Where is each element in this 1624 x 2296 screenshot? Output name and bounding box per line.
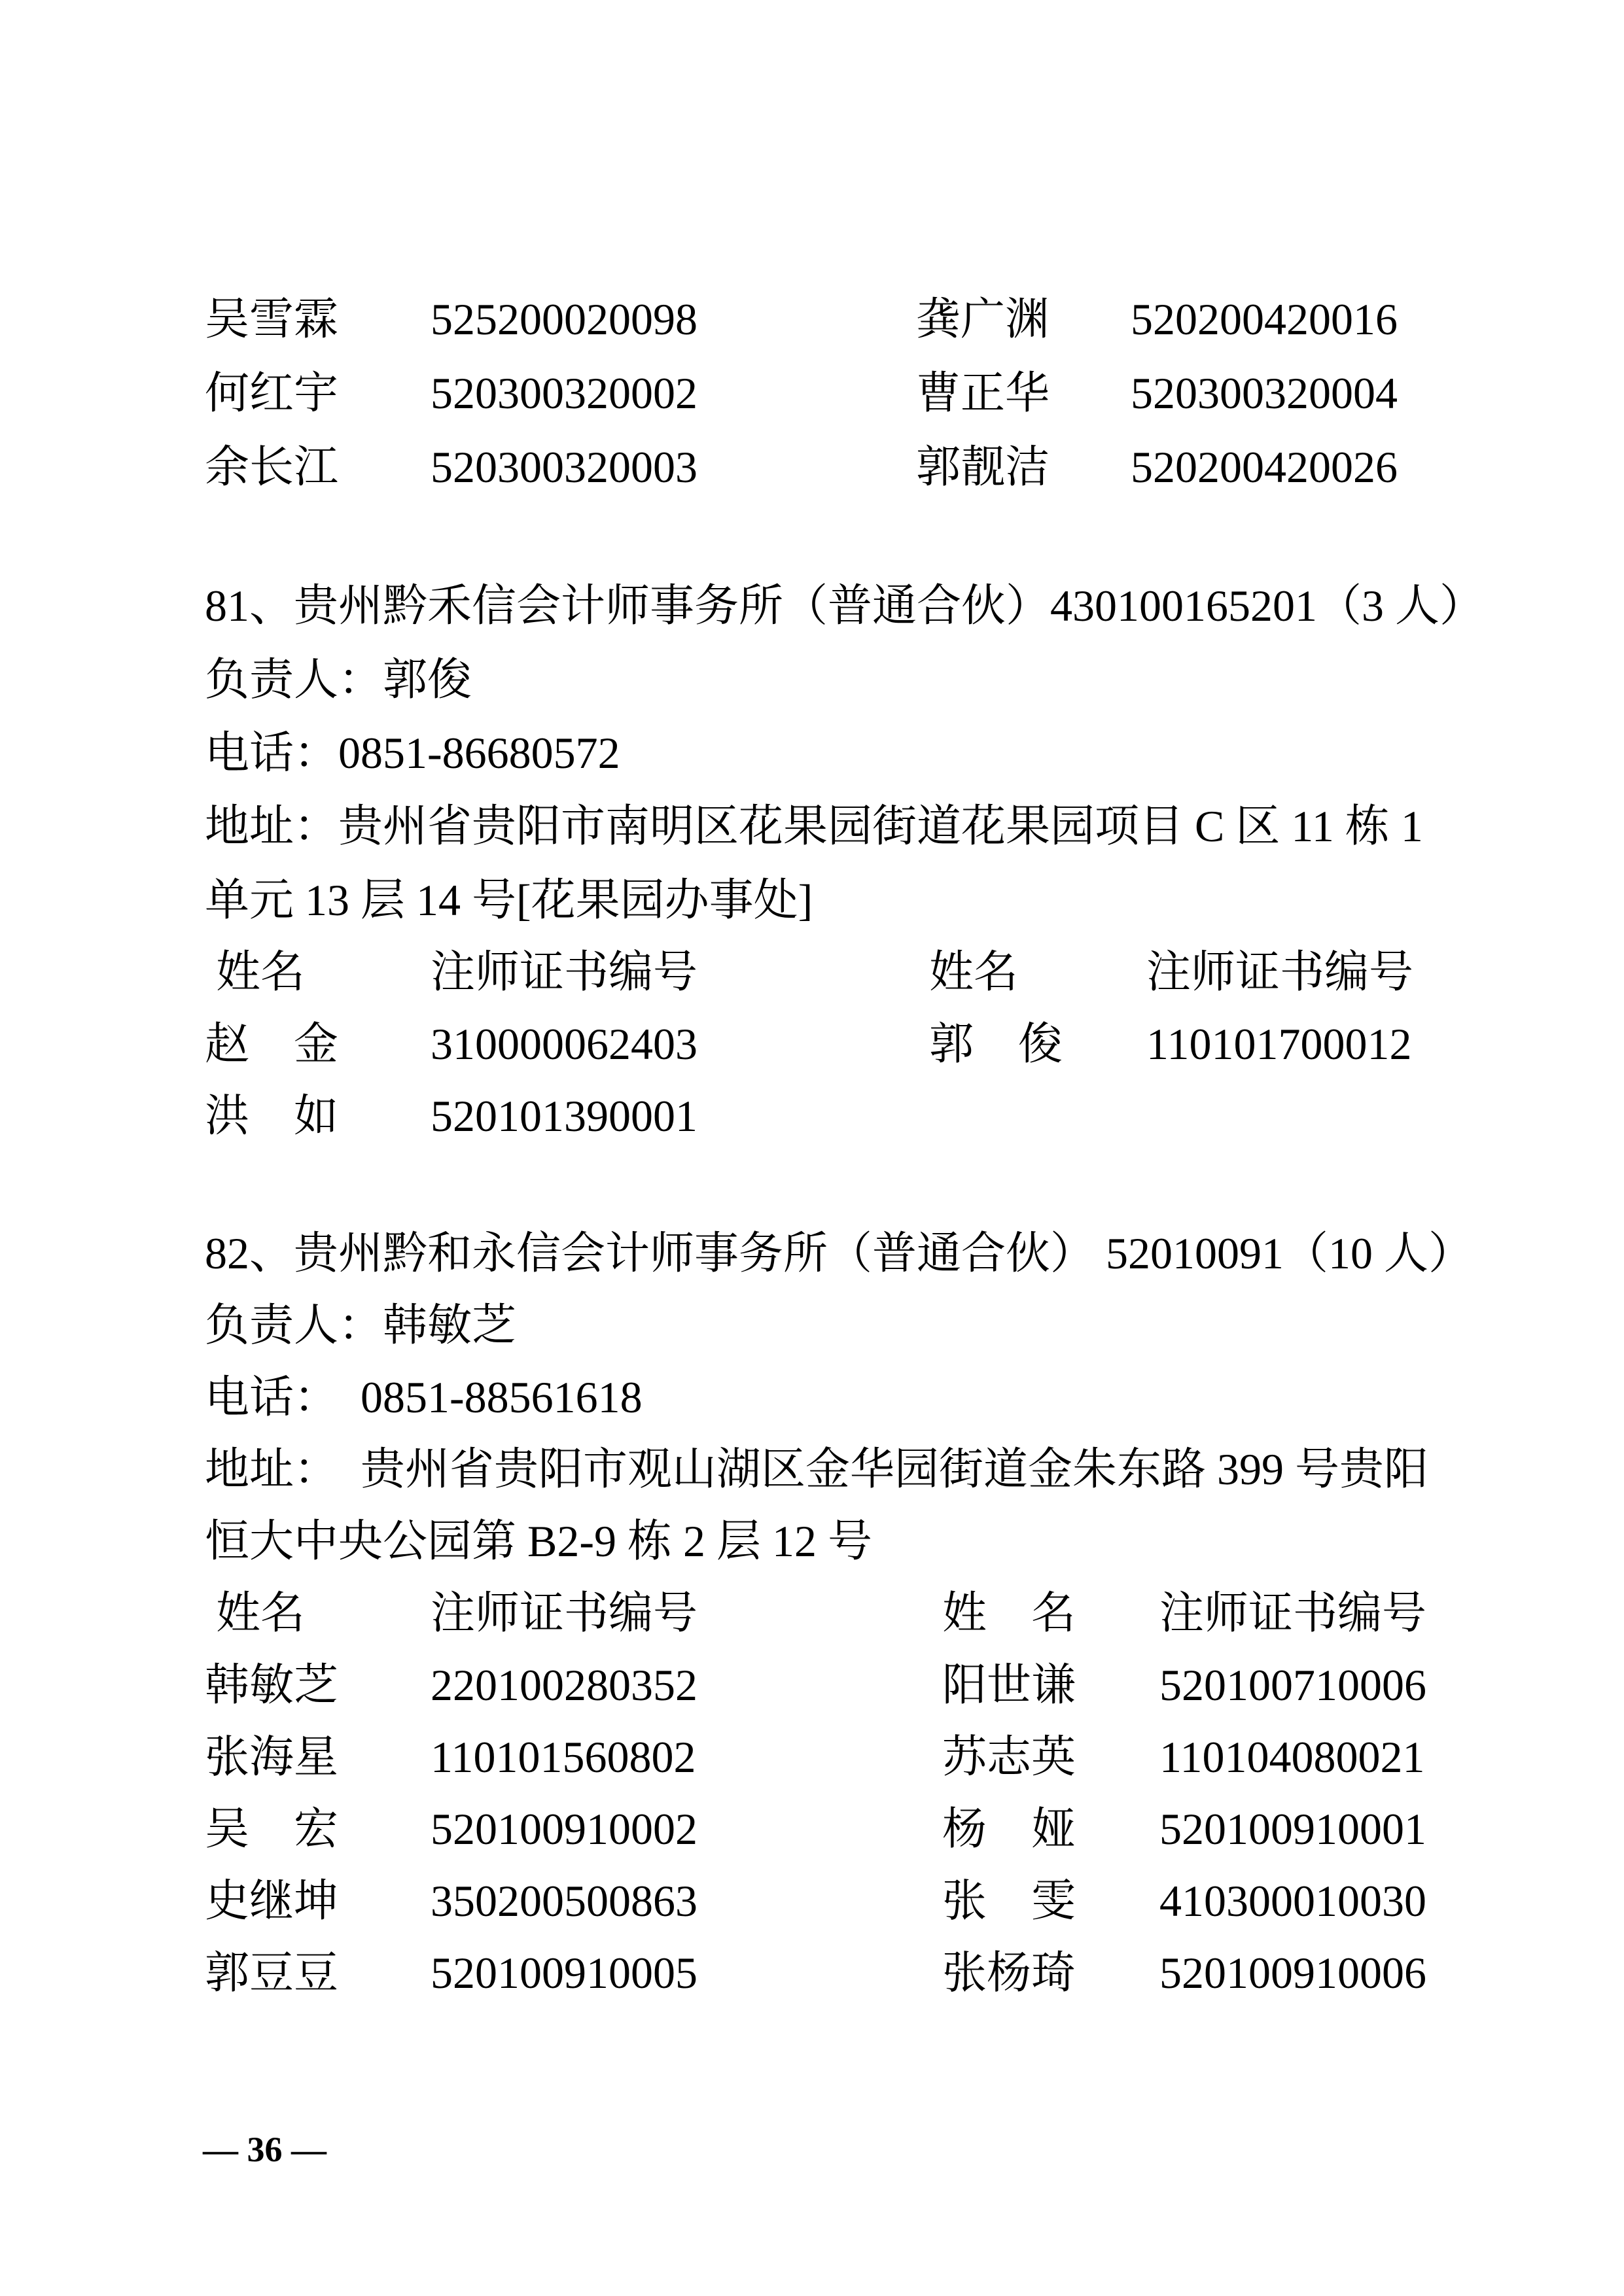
table-row: 张海星 110101560802 苏志英 110104080021 bbox=[0, 1731, 1624, 1796]
column-header-name: 姓 名 bbox=[942, 1587, 1076, 1641]
member-name: 吴 宏 bbox=[205, 1803, 338, 1856]
member-name: 郭 俊 bbox=[929, 1018, 1063, 1071]
firm-address-line: 地址： 贵州省贵阳市观山湖区金华园街道金朱东路 399 号贵阳 bbox=[205, 1443, 1428, 1497]
member-name: 郭豆豆 bbox=[205, 1947, 338, 2000]
member-cert-number: 520200420016 bbox=[1131, 293, 1398, 347]
member-cert-number: 350200500863 bbox=[431, 1875, 697, 1928]
member-name: 余长江 bbox=[205, 441, 338, 495]
table-header-row: 姓名 注师证书编号 姓名 注师证书编号 bbox=[0, 946, 1624, 1011]
table-row: 史继坤 350200500863 张 雯 410300010030 bbox=[0, 1875, 1624, 1940]
column-header-name: 姓名 bbox=[929, 946, 1018, 1000]
page-number: — 36 — bbox=[203, 2129, 327, 2170]
member-cert-number: 520300320002 bbox=[431, 367, 697, 421]
table-row: 吴雪霖 525200020098 龚广渊 520200420016 bbox=[0, 293, 1624, 358]
column-header-name: 姓名 bbox=[216, 1587, 305, 1641]
member-name: 张杨琦 bbox=[942, 1947, 1076, 2000]
member-cert-number: 525200020098 bbox=[431, 293, 697, 347]
member-cert-number: 520200420026 bbox=[1131, 441, 1398, 495]
column-header-cert: 注师证书编号 bbox=[1159, 1587, 1426, 1641]
table-row: 吴 宏 520100910002 杨 娅 520100910001 bbox=[0, 1803, 1624, 1868]
member-cert-number: 520300320003 bbox=[431, 441, 697, 495]
member-name: 吴雪霖 bbox=[205, 293, 338, 347]
firm-manager: 负责人：韩敏芝 bbox=[205, 1299, 516, 1353]
member-cert-number: 310000062403 bbox=[431, 1018, 697, 1071]
member-cert-number: 520100910005 bbox=[431, 1947, 697, 2000]
member-cert-number: 520300320004 bbox=[1131, 367, 1398, 421]
table-row: 赵 金 310000062403 郭 俊 110101700012 bbox=[0, 1018, 1624, 1083]
firm-phone: 电话： 0851-88561618 bbox=[205, 1371, 643, 1425]
member-cert-number: 520101390001 bbox=[431, 1090, 697, 1143]
member-cert-number: 410300010030 bbox=[1159, 1875, 1426, 1928]
member-cert-number: 110104080021 bbox=[1159, 1731, 1424, 1784]
firm-phone: 电话：0851-86680572 bbox=[205, 727, 620, 780]
member-name: 韩敏芝 bbox=[205, 1659, 338, 1713]
member-name: 史继坤 bbox=[205, 1875, 338, 1928]
firm-address-line: 地址：贵州省贵阳市南明区花果园街道花果园项目 C 区 11 栋 1 bbox=[205, 800, 1423, 854]
table-row: 韩敏芝 220100280352 阳世谦 520100710006 bbox=[0, 1659, 1624, 1724]
firm-title: 82、贵州黔和永信会计师事务所（普通合伙） 52010091（10 人） bbox=[205, 1227, 1473, 1281]
firm-title: 81、贵州黔禾信会计师事务所（普通合伙）430100165201（3 人） bbox=[205, 580, 1484, 633]
member-cert-number: 520100710006 bbox=[1159, 1659, 1426, 1713]
column-header-cert: 注师证书编号 bbox=[431, 946, 697, 1000]
member-cert-number: 110101560802 bbox=[431, 1731, 696, 1784]
table-header-row: 姓名 注师证书编号 姓 名 注师证书编号 bbox=[0, 1587, 1624, 1652]
member-name: 曹正华 bbox=[916, 367, 1050, 421]
member-cert-number: 520100910001 bbox=[1159, 1803, 1426, 1856]
member-name: 龚广渊 bbox=[916, 293, 1050, 347]
member-name: 赵 金 bbox=[205, 1018, 338, 1071]
member-name: 张海星 bbox=[205, 1731, 338, 1784]
member-cert-number: 520100910002 bbox=[431, 1803, 697, 1856]
member-name: 苏志英 bbox=[942, 1731, 1076, 1784]
member-name: 洪 如 bbox=[205, 1090, 338, 1143]
member-name: 张 雯 bbox=[942, 1875, 1076, 1928]
member-cert-number: 110101700012 bbox=[1146, 1018, 1411, 1071]
table-row: 洪 如 520101390001 bbox=[0, 1090, 1624, 1155]
table-row: 郭豆豆 520100910005 张杨琦 520100910006 bbox=[0, 1947, 1624, 2012]
column-header-name: 姓名 bbox=[216, 946, 305, 1000]
firm-address-line: 单元 13 层 14 号[花果园办事处] bbox=[205, 874, 813, 928]
member-cert-number: 220100280352 bbox=[431, 1659, 697, 1713]
member-name: 杨 娅 bbox=[942, 1803, 1076, 1856]
member-name: 阳世谦 bbox=[942, 1659, 1076, 1713]
member-name: 郭靓洁 bbox=[916, 441, 1050, 495]
document-page: 吴雪霖 525200020098 龚广渊 520200420016 何红宇 52… bbox=[0, 0, 1624, 2296]
member-cert-number: 520100910006 bbox=[1159, 1947, 1426, 2000]
column-header-cert: 注师证书编号 bbox=[1146, 946, 1413, 1000]
member-name: 何红宇 bbox=[205, 367, 338, 421]
table-row: 何红宇 520300320002 曹正华 520300320004 bbox=[0, 367, 1624, 432]
firm-manager: 负责人：郭俊 bbox=[205, 653, 472, 707]
firm-address-line: 恒大中央公园第 B2-9 栋 2 层 12 号 bbox=[205, 1515, 872, 1569]
column-header-cert: 注师证书编号 bbox=[431, 1587, 697, 1641]
table-row: 余长江 520300320003 郭靓洁 520200420026 bbox=[0, 441, 1624, 506]
